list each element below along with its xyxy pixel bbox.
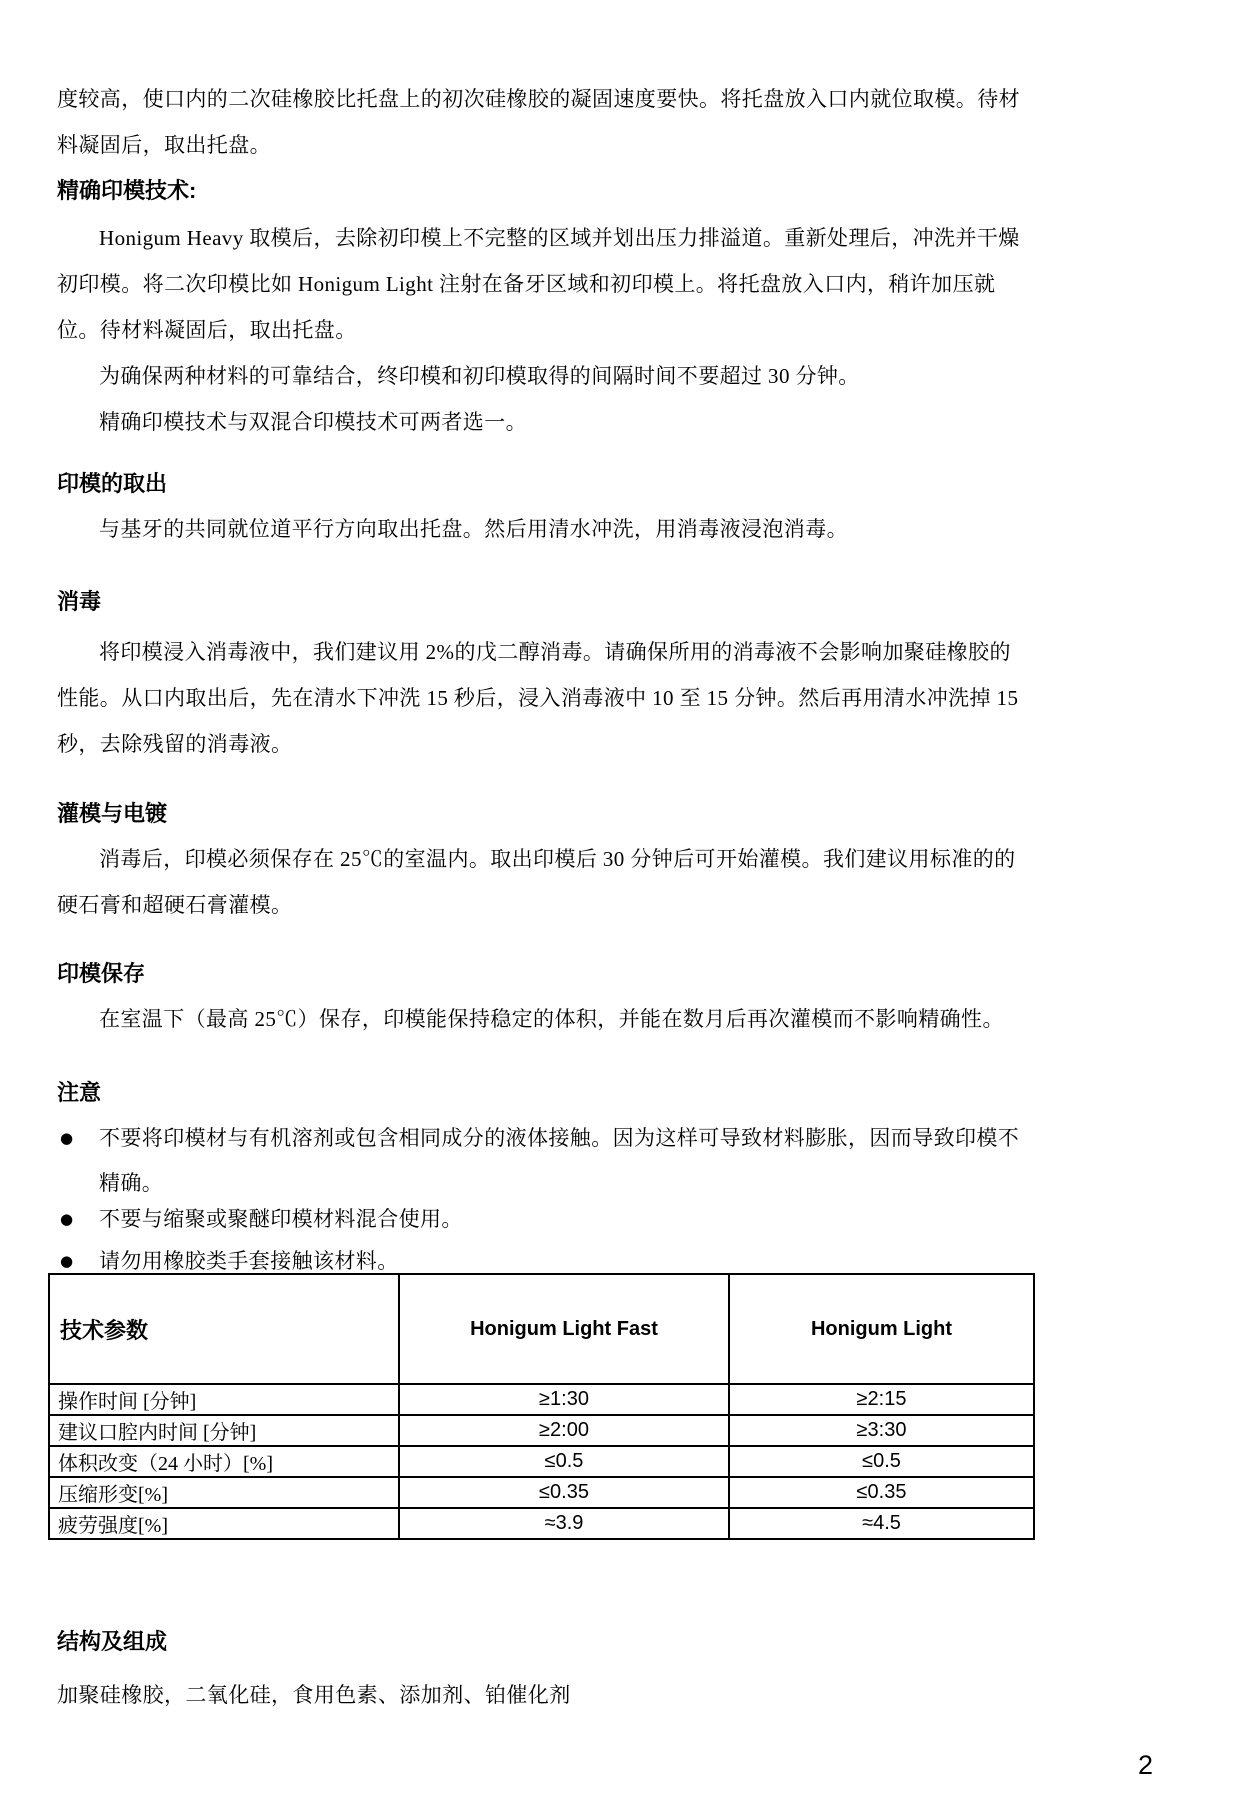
table-cell-value: ≈4.5 (729, 1508, 1034, 1539)
body-line: 性能。从口内取出后，先在清水下冲洗 15 秒后，浸入消毒液中 10 至 15 分… (57, 685, 1018, 711)
body-line: 加聚硅橡胶，二氧化硅，食用色素、添加剂、铂催化剂 (57, 1682, 571, 1708)
table-row: 疲劳强度[%] ≈3.9 ≈4.5 (49, 1508, 1034, 1539)
table-header-honigum-light-fast: Honigum Light Fast (399, 1274, 729, 1384)
page-number: 2 (1138, 1750, 1153, 1781)
table-header-honigum-light: Honigum Light (729, 1274, 1034, 1384)
table-cell-value: ≥3:30 (729, 1415, 1034, 1446)
table-row: 体积改变（24 小时）[%] ≤0.5 ≤0.5 (49, 1446, 1034, 1477)
body-line: 在室温下（最高 25℃）保存，印模能保持稳定的体积，并能在数月后再次灌模而不影响… (99, 1006, 1004, 1032)
section-heading-removal: 印模的取出 (57, 470, 167, 497)
body-line: Honigum Heavy 取模后，去除初印模上不完整的区域并划出压力排溢道。重… (99, 225, 1020, 251)
body-line: 精确印模技术与双混合印模技术可两者选一。 (99, 409, 527, 435)
notice-bullet-line: 不要将印模材与有机溶剂或包含相同成分的液体接触。因为这样可导致材料膨胀，因而导致… (99, 1125, 1019, 1151)
bullet-icon: ● (60, 1248, 73, 1274)
document-page: 度较高，使口内的二次硅橡胶比托盘上的初次硅橡胶的凝固速度要快。将托盘放入口内就位… (0, 0, 1256, 1801)
table-header-row: 技术参数 Honigum Light Fast Honigum Light (49, 1274, 1034, 1384)
section-heading-notice: 注意 (57, 1079, 101, 1106)
bullet-icon: ● (60, 1125, 73, 1151)
section-heading-precise-technique: 精确印模技术: (57, 177, 196, 204)
notice-bullet-line: 请勿用橡胶类手套接触该材料。 (99, 1248, 399, 1274)
table-row: 建议口腔内时间 [分钟] ≥2:00 ≥3:30 (49, 1415, 1034, 1446)
body-line: 为确保两种材料的可靠结合，终印模和初印模取得的间隔时间不要超过 30 分钟。 (99, 363, 860, 389)
table-cell-value: ≤0.5 (399, 1446, 729, 1477)
table-cell-value: ≥2:15 (729, 1384, 1034, 1415)
body-line: 初印模。将二次印模比如 Honigum Light 注射在备牙区域和初印模上。将… (57, 271, 995, 297)
body-line: 消毒后，印模必须保存在 25℃的室温内。取出印模后 30 分钟后可开始灌模。我们… (99, 846, 1016, 872)
body-line: 度较高，使口内的二次硅橡胶比托盘上的初次硅橡胶的凝固速度要快。将托盘放入口内就位… (57, 86, 1020, 112)
table-cell-param: 体积改变（24 小时）[%] (49, 1446, 399, 1477)
table-cell-param: 疲劳强度[%] (49, 1508, 399, 1539)
body-line: 硬石膏和超硬石膏灌模。 (57, 892, 292, 918)
section-heading-casting: 灌模与电镀 (57, 800, 167, 827)
table-cell-value: ≈3.9 (399, 1508, 729, 1539)
body-line: 料凝固后，取出托盘。 (57, 132, 271, 158)
table-cell-param: 压缩形变[%] (49, 1477, 399, 1508)
table-cell-param: 操作时间 [分钟] (49, 1384, 399, 1415)
table-cell-value: ≤0.5 (729, 1446, 1034, 1477)
table-row: 操作时间 [分钟] ≥1:30 ≥2:15 (49, 1384, 1034, 1415)
notice-bullet-line: 精确。 (99, 1170, 163, 1196)
table-row: 压缩形变[%] ≤0.35 ≤0.35 (49, 1477, 1034, 1508)
section-heading-disinfection: 消毒 (57, 588, 101, 615)
body-line: 与基牙的共同就位道平行方向取出托盘。然后用清水冲洗，用消毒液浸泡消毒。 (99, 516, 848, 542)
table-header-parameter: 技术参数 (49, 1274, 399, 1384)
table-cell-value: ≤0.35 (399, 1477, 729, 1508)
table-cell-value: ≥2:00 (399, 1415, 729, 1446)
table-cell-value: ≥1:30 (399, 1384, 729, 1415)
section-heading-storage: 印模保存 (57, 960, 145, 987)
body-line: 秒，去除残留的消毒液。 (57, 731, 292, 757)
bullet-icon: ● (60, 1206, 73, 1232)
body-line: 将印模浸入消毒液中，我们建议用 2%的戊二醇消毒。请确保所用的消毒液不会影响加聚… (99, 639, 1011, 665)
body-line: 位。待材料凝固后，取出托盘。 (57, 317, 357, 343)
table-cell-value: ≤0.35 (729, 1477, 1034, 1508)
table-cell-param: 建议口腔内时间 [分钟] (49, 1415, 399, 1446)
technical-parameters-table: 技术参数 Honigum Light Fast Honigum Light 操作… (48, 1273, 1035, 1540)
section-heading-composition: 结构及组成 (57, 1628, 167, 1655)
notice-bullet-line: 不要与缩聚或聚醚印模材料混合使用。 (99, 1206, 463, 1232)
